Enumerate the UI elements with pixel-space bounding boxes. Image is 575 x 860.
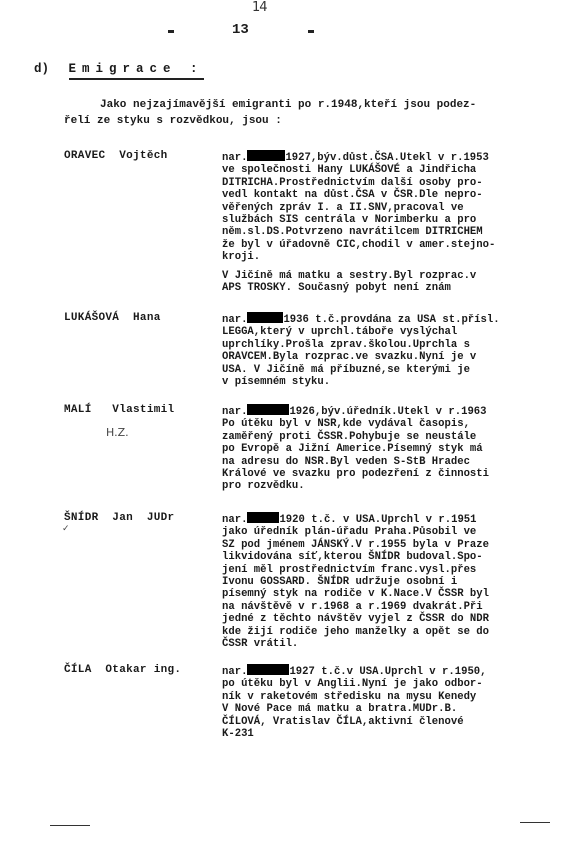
description-line: že byl v úřadovně CIC,chodil v amer.stej…	[222, 239, 567, 251]
redaction-block	[247, 664, 289, 675]
description-line: ník v raketovém středisku na mysu Kenedy	[222, 691, 567, 703]
description-line: jedné z těchto návštěv vyjel z ČSSR do N…	[222, 613, 567, 625]
description-line: ČSSR vrátil.	[222, 638, 567, 650]
handwritten-annotation: H.Z.	[106, 426, 129, 439]
section-heading: d) Emigrace :	[34, 62, 204, 76]
emigrant-description: nar.1926,býv.úředník.Utekl v r.1963 Po ú…	[222, 404, 567, 493]
description-line: ORAVCEM.Byla rozprac.ve svazku.Nyní je v	[222, 351, 567, 363]
emigrant-description: nar.1927,býv.důst.ČSA.Utekl v r.1953 ve …	[222, 150, 567, 294]
description-line: likvidována síť,kterou ŠNÍDR budoval.Spo…	[222, 551, 567, 563]
description-line: na adresu do NSR.Byl veden S-StB Hradec	[222, 456, 567, 468]
description-line: po Evropě a Jižní Americe.Písemný styk m…	[222, 443, 567, 455]
description-line: DITRICHA.Prostřednictvím další osoby pro…	[222, 177, 567, 189]
description-line: nar.1927,býv.důst.ČSA.Utekl v r.1953	[222, 150, 567, 164]
emigrant-name: ČÍLA Otakar ing.	[64, 664, 181, 676]
description-line: vedl kontakt na důst.ČSA v ČSR.Dle nepro…	[222, 189, 567, 201]
description-line: nar.1926,býv.úředník.Utekl v r.1963	[222, 404, 567, 418]
redaction-block	[247, 404, 289, 415]
description-line: zaměřený proti ČSSR.Pohybuje se neustále	[222, 431, 567, 443]
page-number-row: 13	[0, 22, 575, 38]
description-line: nar.1920 t.č. v USA.Uprchl v r.1951	[222, 512, 567, 526]
emigrant-description: nar.1927 t.č.v USA.Uprchl v r.1950, po ú…	[222, 664, 567, 740]
description-line: nar.1936 t.č.provdána za USA st.přísl.	[222, 312, 567, 326]
description-line: ve společnosti Hany LUKÁŠOVÉ a Jindřicha	[222, 164, 567, 176]
scan-artifact	[50, 825, 90, 826]
born-label: nar.	[222, 406, 247, 418]
description-paragraph: V Jičíně má matku a sestry.Byl rozprac.v…	[222, 270, 567, 295]
description-line: písemný styk na rodiče v K.Nace.V ČSSR b…	[222, 588, 567, 600]
description-line: pro rozvědku.	[222, 480, 567, 492]
born-label: nar.	[222, 514, 247, 526]
emigrant-name: ŠNÍDR Jan JUDr	[64, 512, 174, 524]
description-line: USA. V Jičíně má příbuzné,se kterými je	[222, 364, 567, 376]
handwritten-folio-number: 14	[252, 0, 267, 15]
description-line: uprchlíky.Prošla zprav.školou.Uprchla s	[222, 339, 567, 351]
description-text: 1927,býv.důst.ČSA.Utekl v r.1953	[285, 152, 488, 164]
description-line: službách SIS centrála v Norimberku a pro	[222, 214, 567, 226]
emigrant-name: ORAVEC Vojtěch	[64, 150, 168, 162]
description-line: K-231	[222, 728, 567, 740]
redaction-block	[247, 512, 279, 523]
intro-paragraph: Jako nejzajímavější emigranti po r.1948,…	[64, 97, 564, 129]
born-label: nar.	[222, 666, 247, 678]
description-line: ČÍLOVÁ, Vratislav ČÍLA,aktivní členové	[222, 716, 567, 728]
intro-line: řelí ze styku s rozvědkou, jsou :	[64, 113, 564, 129]
page-number: 13	[232, 22, 249, 38]
description-text: 1927 t.č.v USA.Uprchl v r.1950,	[289, 666, 486, 678]
page-number-dash-left	[168, 30, 174, 33]
description-line: SZ pod jménem JÁNSKÝ.V r.1955 byla v Pra…	[222, 539, 567, 551]
description-line: kde žijí rodiče jeho manželky a opět se …	[222, 626, 567, 638]
description-line: na návštěvě v r.1968 a r.1969 dvakrát.Př…	[222, 601, 567, 613]
description-text: 1920 t.č. v USA.Uprchl v r.1951	[279, 514, 476, 526]
intro-line: Jako nejzajímavější emigranti po r.1948,…	[64, 97, 564, 113]
emigrant-name: MALÍ Vlastimil	[64, 404, 174, 416]
description-line: V Nové Pace má matku a bratra.MUDr.B.	[222, 703, 567, 715]
check-mark-annotation: ✓	[62, 524, 70, 534]
emigrant-description: nar.1936 t.č.provdána za USA st.přísl. L…	[222, 312, 567, 388]
document-page: 14 13 d) Emigrace : Jako nejzajímavější …	[0, 0, 575, 860]
page-number-dash-right	[308, 30, 314, 33]
description-line: kroji.	[222, 251, 567, 263]
scan-artifact	[520, 822, 550, 823]
redaction-block	[247, 312, 283, 323]
description-line: Králové ve svazku pro podezření z činnos…	[222, 468, 567, 480]
description-line: jako úředník plán-úřadu Praha.Působil ve	[222, 526, 567, 538]
section-letter: d)	[34, 62, 49, 76]
description-line: věřených zpráv I. a II.SNV,pracoval ve	[222, 202, 567, 214]
description-line: po útěku byl v Anglii.Nyní je jako odbor…	[222, 678, 567, 690]
description-text: 1926,býv.úředník.Utekl v r.1963	[289, 406, 486, 418]
description-line: V Jičíně má matku a sestry.Byl rozprac.v	[222, 270, 567, 282]
description-line: jení měl prostřednictvím franc.vysl.přes	[222, 564, 567, 576]
description-line: něm.sl.DS.Potvrzeno navrátilcem DITRICHE…	[222, 226, 567, 238]
description-line: LEGGA,který v uprchl.táboře vyslýchal	[222, 326, 567, 338]
description-line: APS TROSKY. Současný pobyt není znám	[222, 282, 567, 294]
description-line: nar.1927 t.č.v USA.Uprchl v r.1950,	[222, 664, 567, 678]
description-line: Ivonu GOSSARD. ŠNÍDR udržuje osobní i	[222, 576, 567, 588]
description-line: v písemném styku.	[222, 376, 567, 388]
section-title: Emigrace :	[69, 62, 204, 80]
redaction-block	[247, 150, 285, 161]
emigrant-name: LUKÁŠOVÁ Hana	[64, 312, 161, 324]
description-text: 1936 t.č.provdána za USA st.přísl.	[283, 314, 499, 326]
emigrant-description: nar.1920 t.č. v USA.Uprchl v r.1951 jako…	[222, 512, 567, 650]
born-label: nar.	[222, 152, 247, 164]
description-line: Po útěku byl v NSR,kde vydával časopis,	[222, 418, 567, 430]
born-label: nar.	[222, 314, 247, 326]
